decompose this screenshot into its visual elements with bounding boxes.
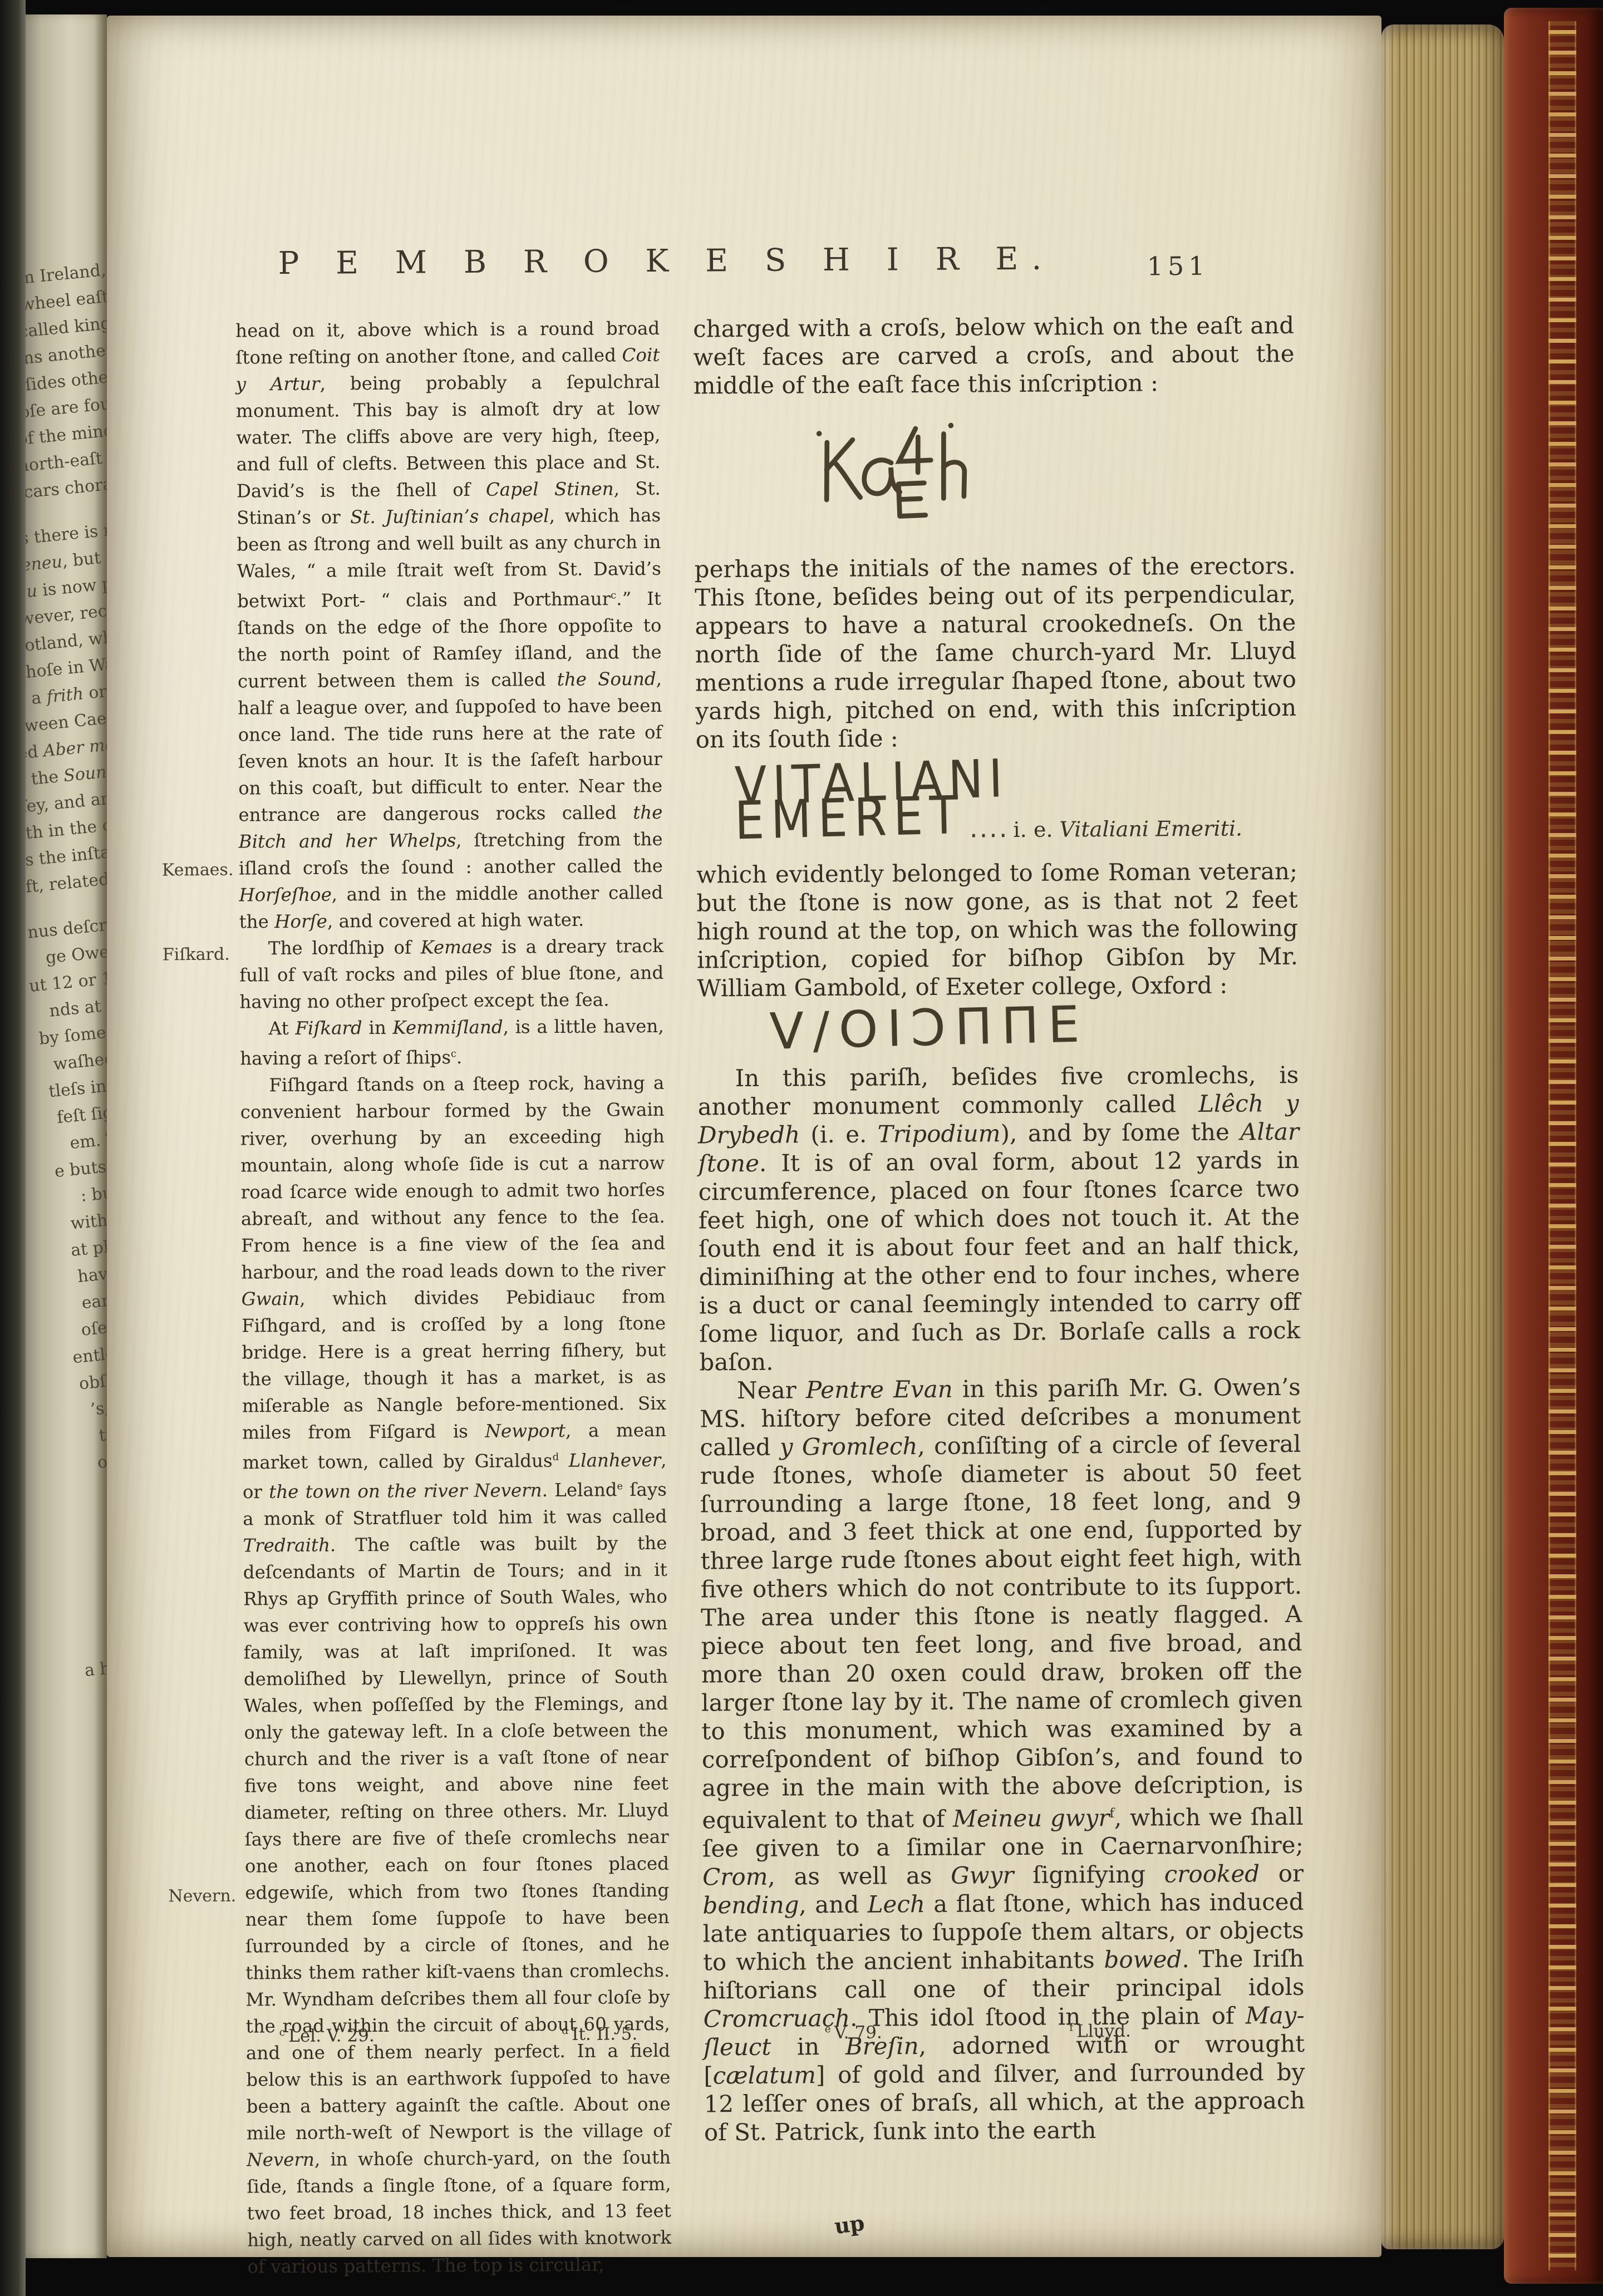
paragraph: which evidently belonged to ſome Roman v…	[696, 857, 1299, 1003]
running-header: P E M B R O K E S H I R E.	[235, 239, 1292, 282]
page-number: 151	[1147, 251, 1209, 282]
margin-note-fiskard: Fiſkard.	[163, 944, 246, 964]
monogram-glyph-drawing	[808, 407, 980, 531]
page-title: P E M B R O K E S H I R E.	[137, 240, 1195, 283]
red-leather-cover	[1504, 8, 1603, 2284]
inscription-caption: i. e. Vitaliani Emeriti.	[1013, 815, 1242, 845]
footnote: cLel. V. 29.	[279, 2026, 375, 2046]
carved-monogram-inscription	[808, 394, 1297, 538]
paragraph: charged with a croſs, below which on the…	[693, 311, 1295, 400]
book-photograph: return from Ireland,atharine-wheel eaſtſ…	[0, 0, 1603, 2296]
book-page: P E M B R O K E S H I R E. 151 Kemaes. F…	[107, 16, 1381, 2257]
paragraph: At Fiſkard in Kemmiſland, is a little ha…	[240, 1013, 665, 1072]
catchword: up	[833, 2210, 866, 2239]
inscription-line: EMERET	[734, 799, 965, 837]
paragraph: The lordſhip of Kemaes is a dreary track…	[239, 933, 664, 1016]
inscription-dots: ....	[970, 814, 1009, 842]
previous-page-edge: return from Ireland,atharine-wheel eaſtſ…	[26, 14, 107, 2258]
gambold-copied-inscription: V/OIƆΠΠE	[769, 1005, 1299, 1046]
margin-note-kemaes: Kemaes.	[162, 860, 245, 880]
paragraph: In this pariſh, beſides five cromlechs, …	[697, 1061, 1300, 1377]
paragraph: head on it, above which is a round broad…	[235, 315, 663, 935]
gutter-shadow	[0, 0, 26, 2296]
previous-page-fragment-text: return from Ireland,atharine-wheel eaſtſ…	[26, 257, 107, 2048]
paragraph: perhaps the initials of the names of the…	[695, 551, 1297, 754]
margin-note-nevern: Nevern.	[168, 1886, 252, 1906]
gilt-tooling-border	[1548, 21, 1576, 2270]
vitaliani-inscription: VITALIANI EMERET .... i. e. Vitaliani Em…	[735, 769, 1297, 846]
footnote: eV. 79.	[825, 2023, 882, 2043]
footnote: dIt. II. 5.	[562, 2024, 637, 2044]
book-fore-edge-pages	[1381, 24, 1504, 2249]
left-text-column: head on it, above which is a round broad…	[235, 315, 672, 2280]
right-text-column: charged with a croſs, below which on the…	[693, 311, 1305, 2147]
footnote: fLluyd.	[1069, 2021, 1131, 2042]
paragraph: Fiſhgard ſtands on a ſteep rock, having …	[240, 1070, 671, 2280]
page-content: P E M B R O K E S H I R E. 151 Kemaes. F…	[100, 12, 1389, 2261]
